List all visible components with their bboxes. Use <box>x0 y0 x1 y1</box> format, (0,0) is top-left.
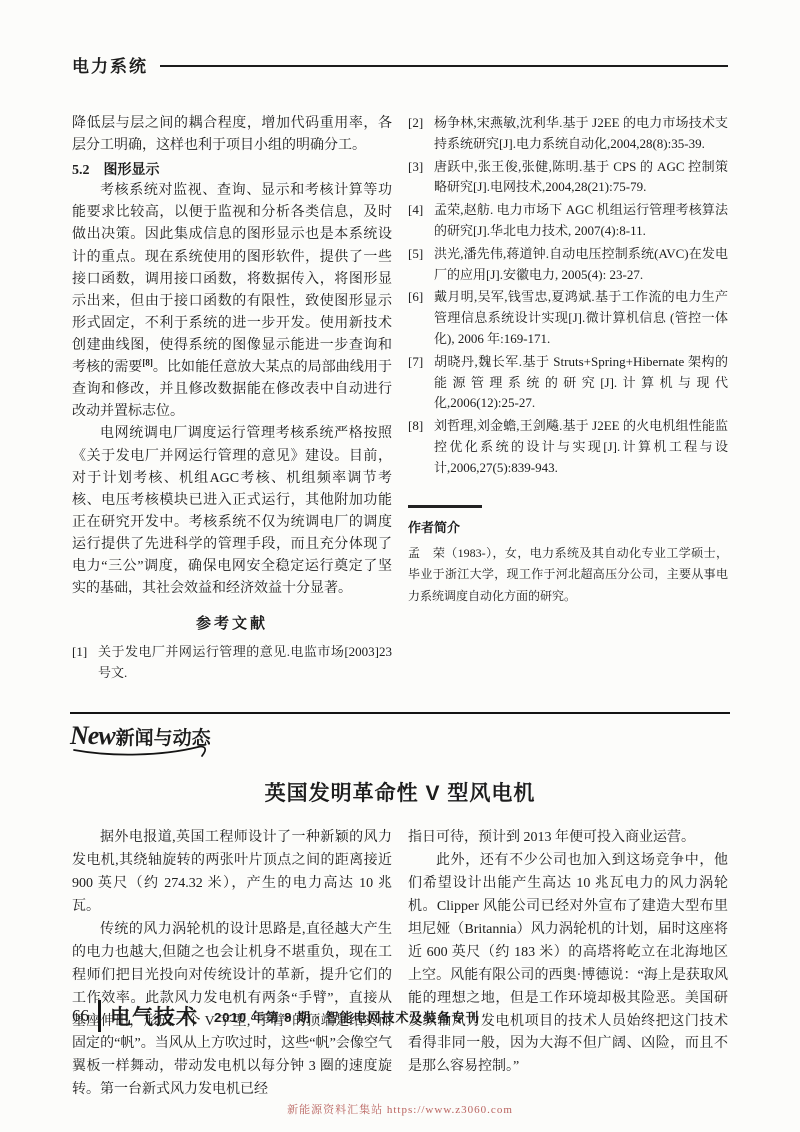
author-bio: 作者简介 孟 荣（1983-），女，电力系统及其自动化专业工学硕士，毕业于浙江大… <box>408 505 728 608</box>
reference-number: [8] <box>408 416 434 478</box>
author-bio-heading: 作者简介 <box>408 517 728 536</box>
news-paragraph: 据外电报道,英国工程师设计了一种新颖的风力发电机,其绕轴旋转的两张叶片顶点之间的… <box>72 827 392 919</box>
reference-number: [2] <box>408 113 434 155</box>
reference-item: [8] 刘哲理,刘金蟾,王剑飚.基于 J2EE 的火电机组性能监控优化系统的设计… <box>408 416 728 478</box>
reference-text: 刘哲理,刘金蟾,王剑飚.基于 J2EE 的火电机组性能监控优化系统的设计与实现[… <box>434 416 728 478</box>
reference-item: [4] 孟荣,赵舫. 电力市场下 AGC 机组运行管理考核算法的研究[J].华北… <box>408 200 728 242</box>
section-label: 电力系统 <box>72 52 148 77</box>
news-paragraph-continuation: 指日可待，预计到 2013 年便可投入商业运营。 <box>408 827 728 850</box>
reference-number: [1] <box>72 642 98 684</box>
author-bio-text: 孟 荣（1983-），女，电力系统及其自动化专业工学硕士，毕业于浙江大学，现工作… <box>408 543 728 608</box>
issue-info: 2010 年第 8 期 · 智能电网技术及装备专刊 <box>214 1007 480 1026</box>
main-columns: 降低层与层之间的耦合程度，增加代码重用率，各层分工明确，这样也利于项目小组的明确… <box>72 113 728 686</box>
paragraph-continuation: 降低层与层之间的耦合程度，增加代码重用率，各层分工明确，这样也利于项目小组的明确… <box>72 113 392 157</box>
news-banner: New新闻与动态 <box>70 721 211 751</box>
paragraph-graphics: 考核系统对监视、查询、显示和考核计算等功能要求比较高，以便于监视和分析各类信息，… <box>72 180 392 423</box>
reference-item: [5] 洪光,潘先伟,蒋道钟.自动电压控制系统(AVC)在发电厂的应用[J].安… <box>408 244 728 286</box>
reference-item: [2] 杨争林,宋燕敏,沈利华.基于 J2EE 的电力市场技术支持系统研究[J]… <box>408 113 728 155</box>
reference-text: 胡晓丹,魏长军.基于 Struts+Spring+Hibernate 架构的能源… <box>434 352 728 414</box>
news-right-column: 指日可待，预计到 2013 年便可投入商业运营。 此外，还有不少公司也加入到这场… <box>408 827 728 1102</box>
news-columns: 据外电报道,英国工程师设计了一种新颖的风力发电机,其绕轴旋转的两张叶片顶点之间的… <box>72 827 728 1102</box>
journal-page: 电力系统 降低层与层之间的耦合程度，增加代码重用率，各层分工明确，这样也利于项目… <box>0 0 800 1132</box>
section-heading-5-2: 5.2 图形显示 <box>72 159 392 179</box>
paragraph-system: 电网统调电厂调度运行管理考核系统严格按照《关于发电厂并网运行管理的意见》建设。目… <box>72 423 392 600</box>
reference-text: 戴月明,吴军,钱雪忠,夏鸿斌.基于工作流的电力生产管理信息系统设计实现[J].微… <box>434 287 728 349</box>
page-footer: 66 电气技术 2010 年第 8 期 · 智能电网技术及装备专刊 <box>72 1000 480 1032</box>
reference-item: [6] 戴月明,吴军,钱雪忠,夏鸿斌.基于工作流的电力生产管理信息系统设计实现[… <box>408 287 728 349</box>
reference-text: 唐跃中,张王俊,张健,陈明.基于 CPS 的 AGC 控制策略研究[J].电网技… <box>434 157 728 199</box>
journal-logo: 电气技术 <box>110 1001 198 1031</box>
reference-number: [4] <box>408 200 434 242</box>
reference-number: [5] <box>408 244 434 286</box>
left-column: 降低层与层之间的耦合程度，增加代码重用率，各层分工明确，这样也利于项目小组的明确… <box>72 113 392 686</box>
reference-item: [3] 唐跃中,张王俊,张健,陈明.基于 CPS 的 AGC 控制策略研究[J]… <box>408 157 728 199</box>
watermark: 新能源资料汇集站 https://www.z3060.com <box>0 1101 800 1117</box>
page-header: 电力系统 <box>0 0 800 77</box>
banner-swoosh-underline <box>72 741 214 759</box>
reference-text: 杨争林,宋燕敏,沈利华.基于 J2EE 的电力市场技术支持系统研究[J].电力系… <box>434 113 728 155</box>
news-left-column: 据外电报道,英国工程师设计了一种新颖的风力发电机,其绕轴旋转的两张叶片顶点之间的… <box>72 827 392 1102</box>
section-divider <box>70 712 730 714</box>
reference-text: 关于发电厂并网运行管理的意见.电监市场[2003]23号文. <box>98 642 392 684</box>
news-paragraph: 此外，还有不少公司也加入到这场竞争中，他们希望设计出能产生高达 10 兆瓦电力的… <box>408 850 728 1080</box>
reference-text: 孟荣,赵舫. 电力市场下 AGC 机组运行管理考核算法的研究[J].华北电力技术… <box>434 200 728 242</box>
reference-item: [7] 胡晓丹,魏长军.基于 Struts+Spring+Hibernate 架… <box>408 352 728 414</box>
reference-item: [1] 关于发电厂并网运行管理的意见.电监市场[2003]23号文. <box>72 642 392 684</box>
paragraph-text: 考核系统对监视、查询、显示和考核计算等功能要求比较高，以便于监视和分析各类信息，… <box>72 183 392 375</box>
page-number: 66 <box>72 1006 89 1026</box>
reference-number: [3] <box>408 157 434 199</box>
references-heading: 参考文献 <box>72 612 392 633</box>
footer-divider <box>98 1000 101 1032</box>
news-article-title: 英国发明革命性 V 型风电机 <box>0 777 800 807</box>
citation-superscript: [8] <box>142 357 153 367</box>
right-column: [2] 杨争林,宋燕敏,沈利华.基于 J2EE 的电力市场技术支持系统研究[J]… <box>408 113 728 686</box>
reference-number: [6] <box>408 287 434 349</box>
reference-number: [7] <box>408 352 434 414</box>
reference-text: 洪光,潘先伟,蒋道钟.自动电压控制系统(AVC)在发电厂的应用[J].安徽电力,… <box>434 244 728 286</box>
author-bio-rule <box>408 505 482 508</box>
header-rule <box>160 65 728 67</box>
